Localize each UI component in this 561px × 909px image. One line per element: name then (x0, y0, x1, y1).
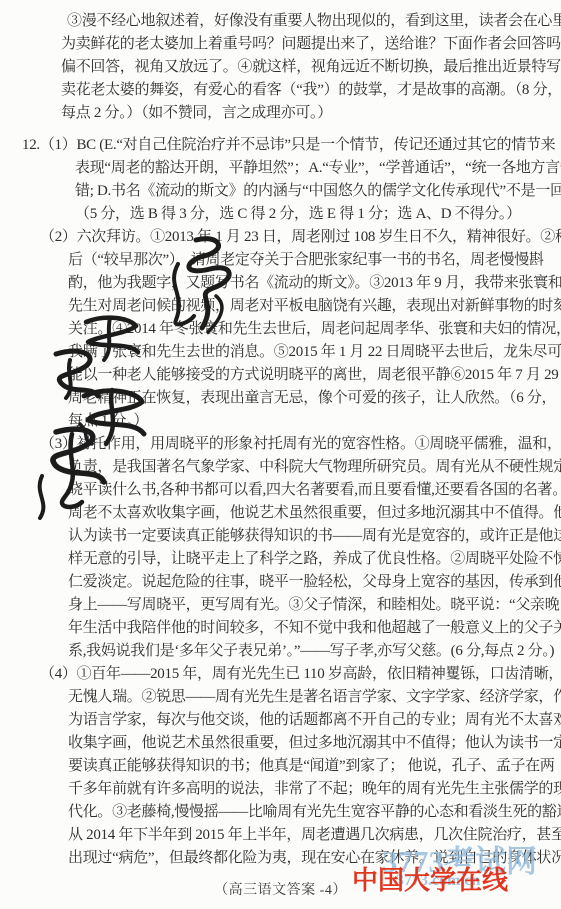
text-line: 样无意的引导，让晓平走上了科学之路，养成了优良性格。②周晓平处险不惊， (68, 548, 561, 571)
text-line: 年生活中我陪伴他的时间较多，不知不觉中我和他超越了一般意义上的父子关 (68, 617, 561, 640)
text-line: 偏不回答，视角又放远了。④就这样，视角远近不断切换，最后推出近景特写： (61, 56, 561, 79)
text-line: 千多年前就有许多高明的说法，非常了不起；晚年的周有光先生主张儒学的现 (68, 778, 561, 801)
answer-12-part3-paragraph: （3）衬托作用，用周晓平的形象衬托周有光的宽容性格。①周晓平儒雅，温和，热情，负… (0, 433, 561, 663)
answer-text-block: ③漫不经心地叙述着，好像没有重要人物出现似的，看到这里，读者会在心里为卖鲜花的老… (0, 10, 561, 870)
page-footer-label: （高三语文答案 -4） (0, 879, 561, 899)
text-line: 负责，是我国著名气象学家、中科院大气物理所研究员。周有光从不硬性规定 (68, 456, 561, 479)
text-line: 周老不太喜欢收集字画，他说艺术虽然很重要，但过多地沉溺其中不值得。他 (68, 502, 561, 525)
text-line: 表现“周老的豁达开朗，平静坦然”；A.“专业”，“学普通话”，“统一各地方言” (75, 157, 561, 180)
text-line: 每点 2 分。）（如不赞同，言之成理亦可。） (61, 102, 561, 125)
text-line: （4）①百年——2015 年，周有光先生已 110 岁高龄，依旧精神矍铄，口齿清… (40, 663, 561, 686)
answer-12-part1-paragraph: 12.（1）BC (E.“对自己住院治疗并不忌讳”只是一个情节，传记还通过其它的… (0, 134, 561, 226)
text-line: 认为读书一定要读真正能够获得知识的书——周有光是宽容的，或许正是他这 (68, 525, 561, 548)
text-line: 酌，他为我题字，又题写书名《流动的斯文》。③2013 年 9 月，我带来张寰和 (68, 272, 561, 295)
answer-11-continuation-paragraph: ③漫不经心地叙述着，好像没有重要人物出现似的，看到这里，读者会在心里为卖鲜花的老… (0, 10, 561, 125)
text-line: 卖花老太婆的舞姿，有爱心的看客（“我”）的鼓掌，才是故事的高潮。（8 分， (61, 79, 561, 102)
text-line: 系,我妈说我们是‘多年父子表兄弟’。”——写子孝,亦写父慈。(6 分,每点 2 … (68, 640, 561, 663)
text-line: 晓平读什么书,各种书都可以看,四大名著要看,而且要看懂,还要看各国的名著。 (68, 479, 561, 502)
text-line: 为卖鲜花的老太婆加上着重号吗？问题提出来了，送给谁？下面作者会回答吗? (61, 33, 561, 56)
text-line: 收集字画，他说艺术虽然很重要，但过多地沉溺其中不值得；他认为读书一定 (68, 732, 561, 755)
text-line: 要读真正能够获得知识的书；他真是“闻道”到家了； 他说，孔子、孟子在两 (68, 755, 561, 778)
text-line: 我瞒了张寰和先生去世的消息。⑤2015 年 1 月 22 日周晓平去世后，龙朱尽… (68, 341, 561, 364)
text-line: 周老精神正在恢复，表现出童言无忌，像个可爱的孩子，让人欣然。（6 分， (68, 387, 561, 410)
text-line: ③漫不经心地叙述着，好像没有重要人物出现似的，看到这里，读者会在心里 (61, 10, 561, 33)
text-line: 先生对周老问候的视频，周老对平板电脑饶有兴趣，表现出对新鲜事物的时刻 (68, 295, 561, 318)
text-line: 错; D.书名《流动的斯文》的内涵与“中国悠久的儒学文化传承现代”不是一回事。) (75, 180, 561, 203)
text-line: 12.（1）BC (E.“对自己住院治疗并不忌讳”只是一个情节，传记还通过其它的… (22, 134, 561, 157)
text-line: 后（“较早那次”），请周老定夺关于合肥张家纪事一书的书名，周老慢慢斟 (68, 249, 561, 272)
text-line: （3）衬托作用，用周晓平的形象衬托周有光的宽容性格。①周晓平儒雅，温和，热情， (40, 433, 561, 456)
text-line: 关注。④2014 年冬张寰和先生去世后，周老问起周孝华、张寰和夫妇的情况， (68, 318, 561, 341)
text-line: （5 分，选 B 得 3 分，选 C 得 2 分，选 E 得 1 分；选 A、D… (75, 203, 561, 226)
text-line: 仁爱淡定。说起危险的往事，晓平一脸轻松，父母身上宽容的基因，传承到他 (68, 571, 561, 594)
scanned-answer-page: ③漫不经心地叙述着，好像没有重要人物出现似的，看到这里，读者会在心里为卖鲜花的老… (0, 0, 561, 909)
text-line: 能以一种老人能够接受的方式说明晓平的离世，周老很平静⑥2015 年 7 月 29… (68, 364, 561, 387)
text-line: 代化。③老藤椅,慢慢摇——比喻周有光先生宽容平静的心态和看淡生死的豁达。 (68, 801, 561, 824)
answer-12-part2-paragraph: （2）六次拜访。①2013 年 1 月 23 日，周老刚过 108 岁生日不久，… (0, 226, 561, 433)
text-line: 无愧人瑞。②锐思——周有光先生是著名语言学家、文字学家、经济学家，作 (68, 686, 561, 709)
text-line: （2）六次拜访。①2013 年 1 月 23 日，周老刚过 108 岁生日不久，… (40, 226, 561, 249)
text-line: 每点 1 分。） (68, 410, 561, 433)
text-line: 为语言学家，每次与他交谈，他的话题都离不开自己的专业；周有光不太喜欢 (68, 709, 561, 732)
text-line: 身上——写周晓平，更写周有光。③父子情深，和睦相处。晓平说：“父亲晚 (68, 594, 561, 617)
